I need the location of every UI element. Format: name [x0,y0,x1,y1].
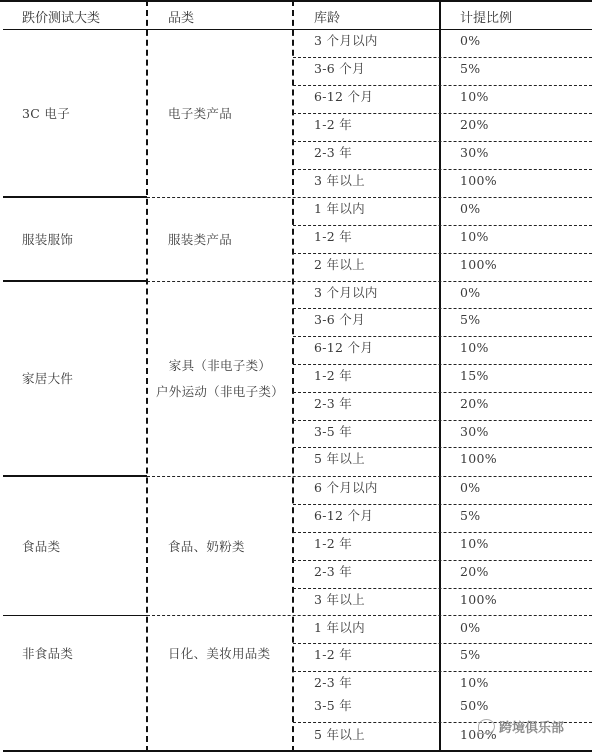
product-nonfood: 日化、美妆用品类 [168,616,270,690]
age-cell: 2-3 年 [314,392,352,414]
product-home-outdoor: 户外运动（非电子类） [156,382,284,400]
category-clothing: 服装服饰 [22,197,73,281]
ratio-cell: 5% [460,504,480,526]
ratio-cell: 5% [460,643,480,665]
age-cell: 1 年以内 [314,197,365,219]
product-3c: 电子类产品 [168,29,232,197]
ratio-cell: 15% [460,364,489,386]
age-cell: 2-3 年 [314,671,352,693]
ratio-cell: 20% [460,392,489,414]
ratio-cell: 50% [460,694,489,716]
product-food: 食品、奶粉类 [168,476,245,616]
ratio-cell: 5% [460,308,480,330]
product-home-furniture: 家具（非电子类） [169,356,271,374]
ratio-cell: 100% [460,253,497,275]
age-cell: 3-6 个月 [314,57,365,79]
age-cell: 2-3 年 [314,560,352,582]
ratio-cell: 10% [460,532,489,554]
age-cell: 6 个月以内 [314,476,378,498]
category-nonfood: 非食品类 [22,616,73,690]
age-cell: 3 个月以内 [314,281,378,303]
age-cell: 3 个月以内 [314,29,378,51]
ratio-cell: 0% [460,476,480,498]
product-clothing: 服装类产品 [168,197,232,281]
age-cell: 3-5 年 [314,420,352,442]
category-home: 家居大件 [22,281,73,475]
header-age: 库龄 [314,2,340,30]
age-cell: 1-2 年 [314,113,352,135]
ratio-cell: 0% [460,197,480,219]
product-home: 家具（非电子类） 户外运动（非电子类） [147,281,293,475]
category-3c: 3C 电子 [22,29,70,197]
ratio-cell: 0% [460,281,480,303]
inventory-impairment-table: 跌价测试大类 品类 库龄 计提比例 3C 电子 电子类产品 3 个月以内 0% … [0,0,592,755]
ratio-cell: 30% [460,420,489,442]
age-cell: 5 年以上 [314,447,365,469]
age-cell: 6-12 个月 [314,504,373,526]
ratio-cell: 100% [460,588,497,610]
ratio-cell: 0% [460,616,480,638]
header-product: 品类 [168,2,194,30]
age-cell: 1 年以内 [314,616,365,638]
ratio-cell: 20% [460,113,489,135]
header-ratio: 计提比例 [460,2,512,30]
watermark: 跨境俱乐部 [478,717,564,736]
ratio-cell: 30% [460,141,489,163]
table-top-border [0,0,592,2]
ratio-cell: 10% [460,336,489,358]
header-divider [3,29,592,30]
header-category: 跌价测试大类 [22,2,100,30]
ratio-cell: 20% [460,560,489,582]
age-cell: 3-6 个月 [314,308,365,330]
age-cell: 6-12 个月 [314,336,373,358]
ratio-cell: 100% [460,447,497,469]
ratio-cell: 5% [460,57,480,79]
age-cell: 3 年以上 [314,169,365,191]
ratio-cell: 100% [460,169,497,191]
age-cell: 3-5 年 [314,694,352,716]
age-cell: 3 年以上 [314,588,365,610]
ratio-cell: 0% [460,29,480,51]
age-cell: 5 年以上 [314,723,365,745]
category-food: 食品类 [22,476,60,616]
age-cell: 1-2 年 [314,225,352,247]
ratio-cell: 10% [460,85,489,107]
age-cell: 1-2 年 [314,643,352,665]
table-bottom-border [3,750,592,752]
age-cell: 2 年以上 [314,253,365,275]
ratio-cell: 10% [460,671,489,693]
wechat-icon [478,719,495,734]
age-cell: 6-12 个月 [314,85,373,107]
age-cell: 1-2 年 [314,532,352,554]
watermark-text: 跨境俱乐部 [499,717,564,736]
age-cell: 2-3 年 [314,141,352,163]
age-cell: 1-2 年 [314,364,352,386]
ratio-cell: 10% [460,225,489,247]
